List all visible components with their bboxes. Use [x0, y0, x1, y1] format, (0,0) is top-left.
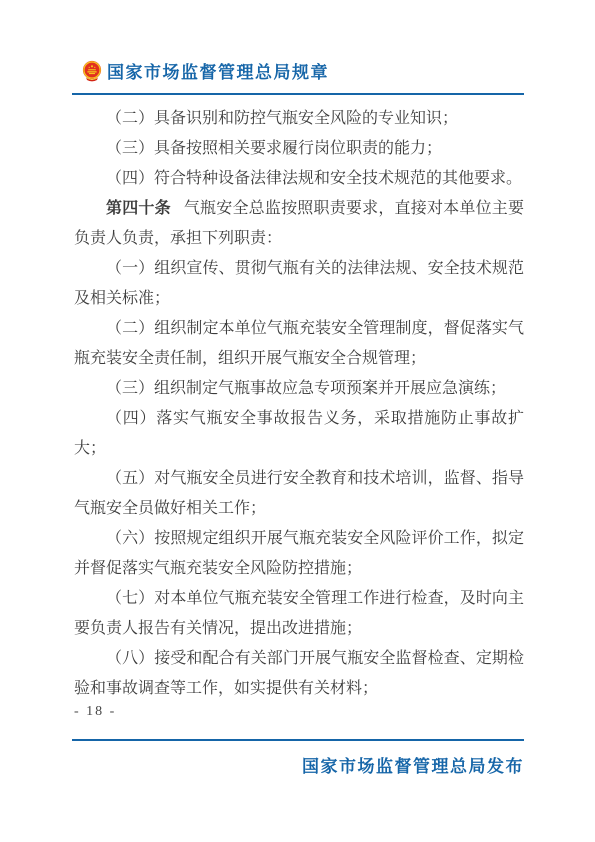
- paragraph: 第四十条气瓶安全总监按照职责要求，直接对本单位主要负责人负责，承担下列职责：: [74, 194, 524, 254]
- paragraph-text: （七）对本单位气瓶充装安全管理工作进行检查，及时向主要负责人报告有关情况，提出改…: [74, 590, 524, 637]
- document-body: （二）具备识别和防控气瓶安全风险的专业知识； （三）具备按照相关要求履行岗位职责…: [74, 104, 524, 704]
- paragraph-text: （三）组织制定气瓶事故应急专项预案并开展应急演练；: [106, 380, 506, 397]
- document-page: 国家市场监督管理总局规章 （二）具备识别和防控气瓶安全风险的专业知识； （三）具…: [0, 0, 595, 842]
- paragraph-text: （二）具备识别和防控气瓶安全风险的专业知识；: [106, 110, 458, 127]
- paragraph: （四）符合特种设备法律法规和安全技术规范的其他要求。: [74, 164, 524, 194]
- footer-divider: [72, 739, 524, 741]
- paragraph: （二）组织制定本单位气瓶充装安全管理制度，督促落实气瓶充装安全责任制，组织开展气…: [74, 314, 524, 374]
- article-number: 第四十条: [106, 200, 171, 217]
- paragraph-text: （四）落实气瓶安全事故报告义务，采取措施防止事故扩大；: [74, 410, 524, 457]
- page-number: - 18 -: [74, 704, 116, 720]
- paragraph-text: （一）组织宣传、贯彻气瓶有关的法律法规、安全技术规范及相关标准；: [74, 260, 524, 307]
- paragraph: （七）对本单位气瓶充装安全管理工作进行检查，及时向主要负责人报告有关情况，提出改…: [74, 584, 524, 644]
- paragraph-text: （四）符合特种设备法律法规和安全技术规范的其他要求。: [106, 170, 522, 187]
- page-header: 国家市场监督管理总局规章: [82, 58, 329, 83]
- paragraph-text: （三）具备按照相关要求履行岗位职责的能力；: [106, 140, 442, 157]
- paragraph: （一）组织宣传、贯彻气瓶有关的法律法规、安全技术规范及相关标准；: [74, 254, 524, 314]
- paragraph-text: （八）接受和配合有关部门开展气瓶安全监督检查、定期检验和事故调查等工作，如实提供…: [74, 650, 524, 697]
- paragraph: （六）按照规定组织开展气瓶充装安全风险评价工作，拟定并督促落实气瓶充装安全风险防…: [74, 524, 524, 584]
- paragraph: （三）具备按照相关要求履行岗位职责的能力；: [74, 134, 524, 164]
- paragraph-text: （六）按照规定组织开展气瓶充装安全风险评价工作，拟定并督促落实气瓶充装安全风险防…: [74, 530, 524, 577]
- paragraph: （四）落实气瓶安全事故报告义务，采取措施防止事故扩大；: [74, 404, 524, 464]
- header-title: 国家市场监督管理总局规章: [107, 58, 329, 83]
- national-emblem-icon: [82, 60, 102, 82]
- paragraph-text: （五）对气瓶安全员进行安全教育和技术培训，监督、指导气瓶安全员做好相关工作；: [74, 470, 524, 517]
- publisher-label: 国家市场监督管理总局发布: [302, 752, 524, 777]
- paragraph: （五）对气瓶安全员进行安全教育和技术培训，监督、指导气瓶安全员做好相关工作；: [74, 464, 524, 524]
- paragraph-text: （二）组织制定本单位气瓶充装安全管理制度，督促落实气瓶充装安全责任制，组织开展气…: [74, 320, 524, 367]
- paragraph: （二）具备识别和防控气瓶安全风险的专业知识；: [74, 104, 524, 134]
- paragraph: （三）组织制定气瓶事故应急专项预案并开展应急演练；: [74, 374, 524, 404]
- paragraph: （八）接受和配合有关部门开展气瓶安全监督检查、定期检验和事故调查等工作，如实提供…: [74, 644, 524, 704]
- header-divider: [72, 93, 524, 95]
